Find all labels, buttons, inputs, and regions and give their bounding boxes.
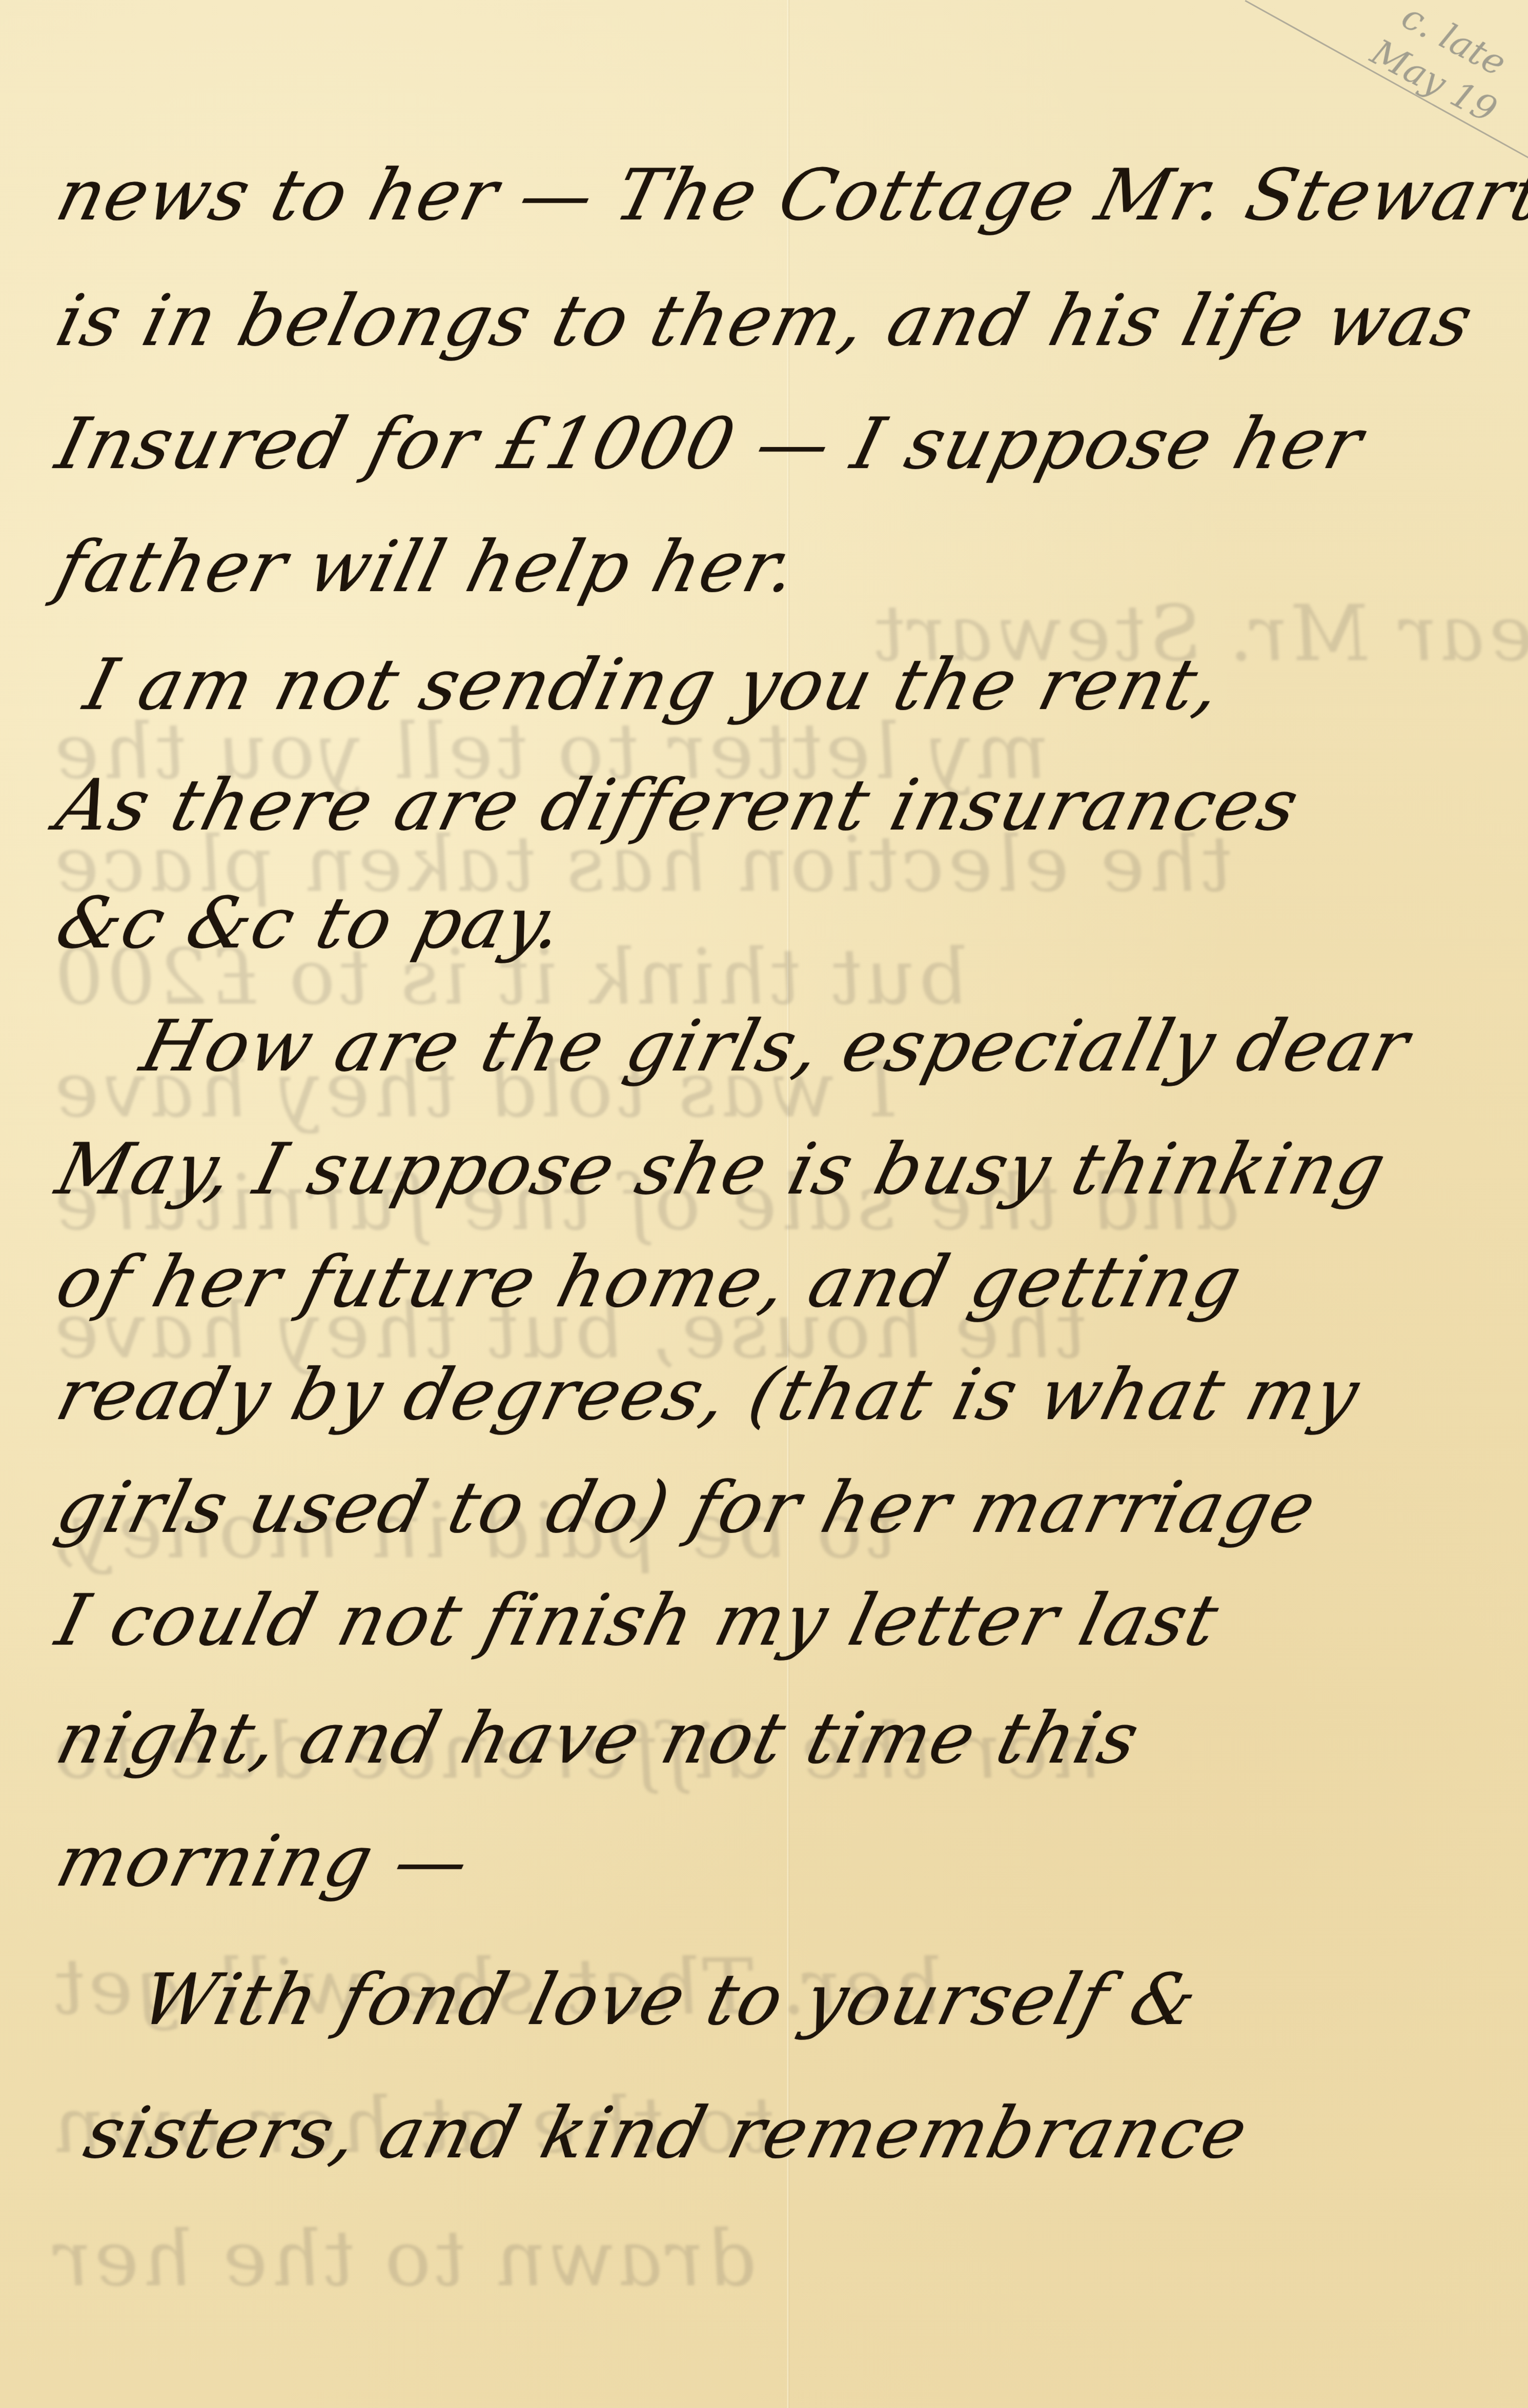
letter-line-8: How are the girls, especially dear bbox=[133, 1005, 1418, 1087]
letter-line-17: sisters, and kind remembrance bbox=[77, 2092, 1257, 2174]
letter-line-9: May, I suppose she is busy thinking bbox=[49, 1128, 1395, 1210]
letter-line-13: I could not finish my letter last bbox=[49, 1579, 1228, 1662]
letter-line-14: night, and have not time this bbox=[49, 1697, 1148, 1779]
letter-line-12: girls used to do) for her marriage bbox=[49, 1466, 1325, 1549]
letter-line-10: of her future home, and getting bbox=[49, 1241, 1251, 1323]
letter-line-4: father will help her. bbox=[49, 525, 807, 608]
letter-line-2: is in belongs to them, and his life was bbox=[49, 279, 1482, 362]
letter-line-7: &c &c to pay. bbox=[49, 882, 574, 964]
letter-page: by dear Mr. Stewart my letter to tell yo… bbox=[0, 0, 1528, 2408]
letter-line-6: As there are different insurances bbox=[49, 764, 1308, 846]
letter-line-3: Insured for £1000 — I suppose her bbox=[49, 402, 1372, 485]
letter-line-5: I am not sending you the rent, bbox=[77, 643, 1231, 726]
bleed-line: drawn to the her bbox=[45, 2215, 762, 2304]
letter-line-1: news to her — The Cottage Mr. Stewart bbox=[49, 154, 1528, 236]
letter-line-11: ready by degrees, (that is what my bbox=[49, 1353, 1369, 1436]
letter-line-15: morning — bbox=[49, 1820, 479, 1903]
letter-line-16: With fond love to yourself & bbox=[133, 1958, 1207, 2041]
